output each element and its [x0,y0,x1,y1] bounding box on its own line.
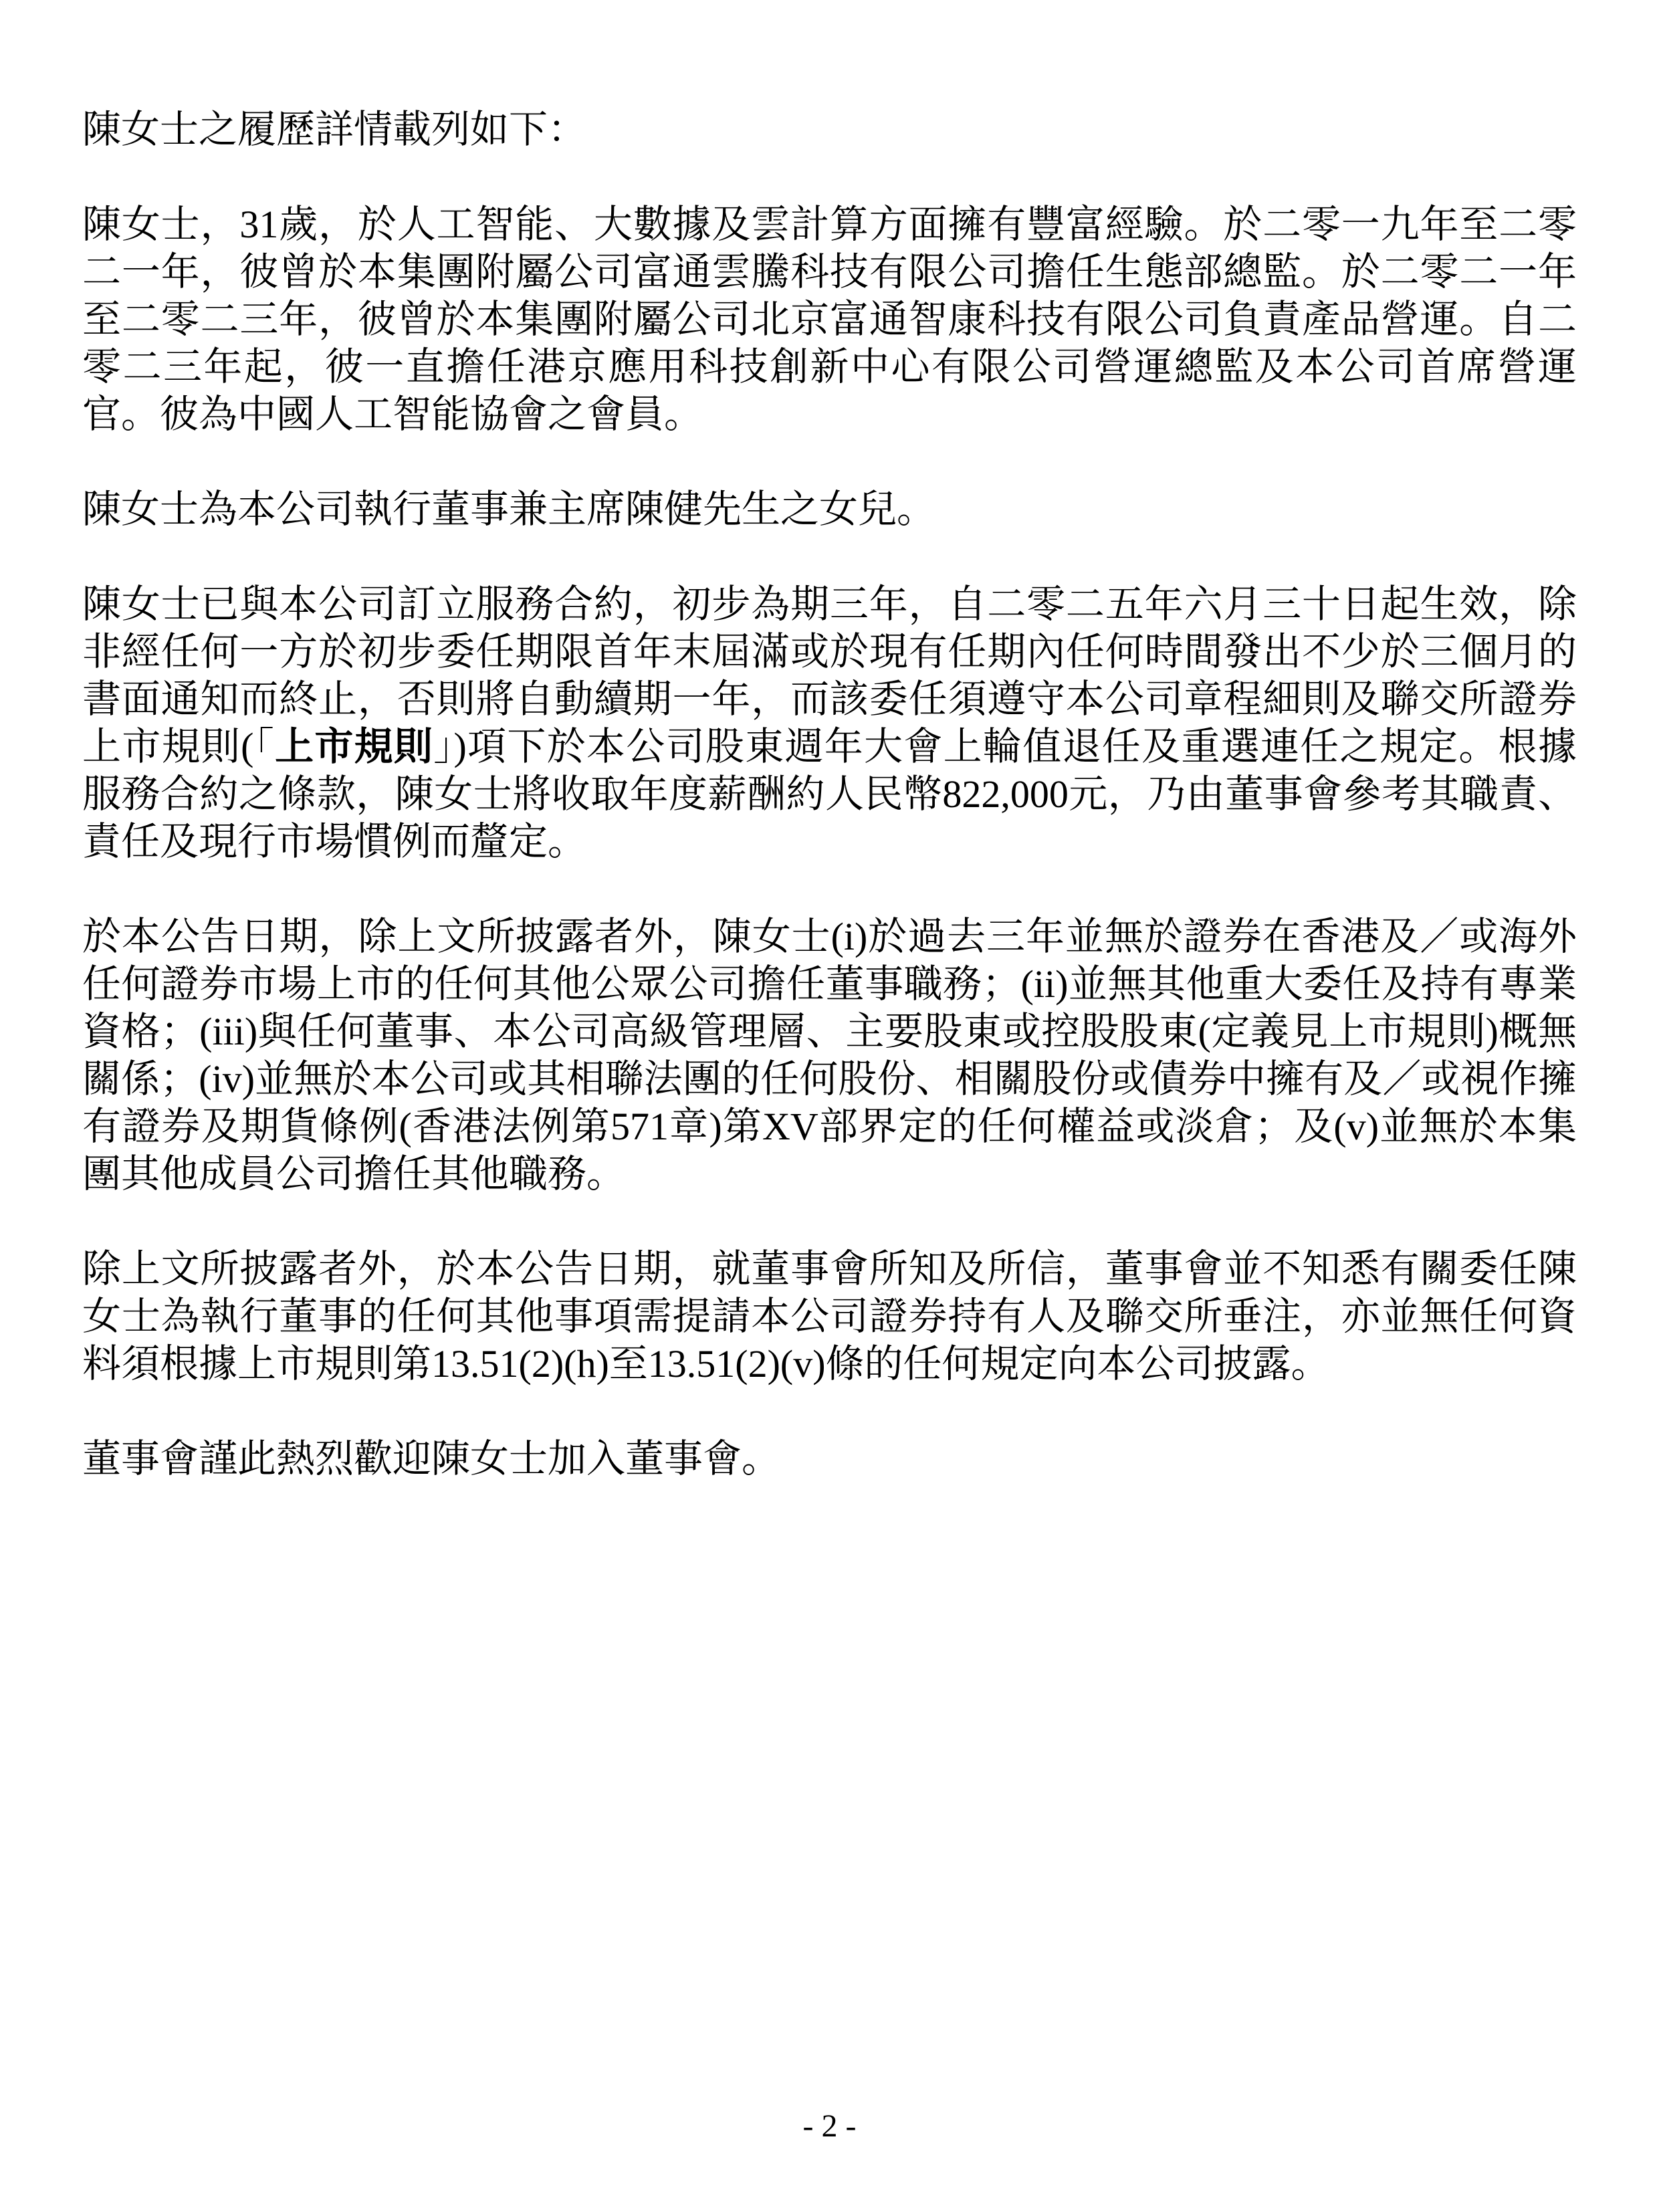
text-segment: 於本公告日期，除上文所披露者外，陳女士(i)於過去三年並無於證券在香港及／或海外… [82,915,1577,1196]
text-segment: 陳女士為本公司執行董事兼主席陳健先生之女兒。 [82,487,935,531]
text-segment: 董事會謹此熱烈歡迎陳女士加入董事會。 [82,1437,780,1480]
board-knowledge-paragraph: 除上文所披露者外，於本公告日期，就董事會所知及所信，董事會並不知悉有關委任陳女士… [82,1245,1577,1388]
document-content: 陳女士之履歷詳情載列如下：陳女士，31歲，於人工智能、大數據及雲計算方面擁有豐富… [82,106,1577,1482]
disclosure-paragraph: 於本公告日期，除上文所披露者外，陳女士(i)於過去三年並無於證券在香港及／或海外… [82,913,1577,1198]
family-relationship-paragraph: 陳女士為本公司執行董事兼主席陳健先生之女兒。 [82,485,1577,533]
text-segment: 除上文所披露者外，於本公告日期，就董事會所知及所信，董事會並不知悉有關委任陳女士… [82,1247,1577,1386]
document-page: 陳女士之履歷詳情載列如下：陳女士，31歲，於人工智能、大數據及雲計算方面擁有豐富… [0,0,1659,2212]
intro-line: 陳女士之履歷詳情載列如下： [82,106,1577,153]
defined-term-bold: 上市規則 [275,725,433,768]
text-segment: 陳女士之履歷詳情載列如下： [82,108,586,151]
service-contract-paragraph: 陳女士已與本公司訂立服務合約，初步為期三年，自二零二五年六月三十日起生效，除非經… [82,580,1577,865]
text-segment: 陳女士，31歲，於人工智能、大數據及雲計算方面擁有豐富經驗。於二零一九年至二零二… [82,203,1577,436]
welcome-paragraph: 董事會謹此熱烈歡迎陳女士加入董事會。 [82,1435,1577,1482]
page-number: - 2 - [0,2108,1659,2145]
biography-paragraph: 陳女士，31歲，於人工智能、大數據及雲計算方面擁有豐富經驗。於二零一九年至二零二… [82,201,1577,438]
